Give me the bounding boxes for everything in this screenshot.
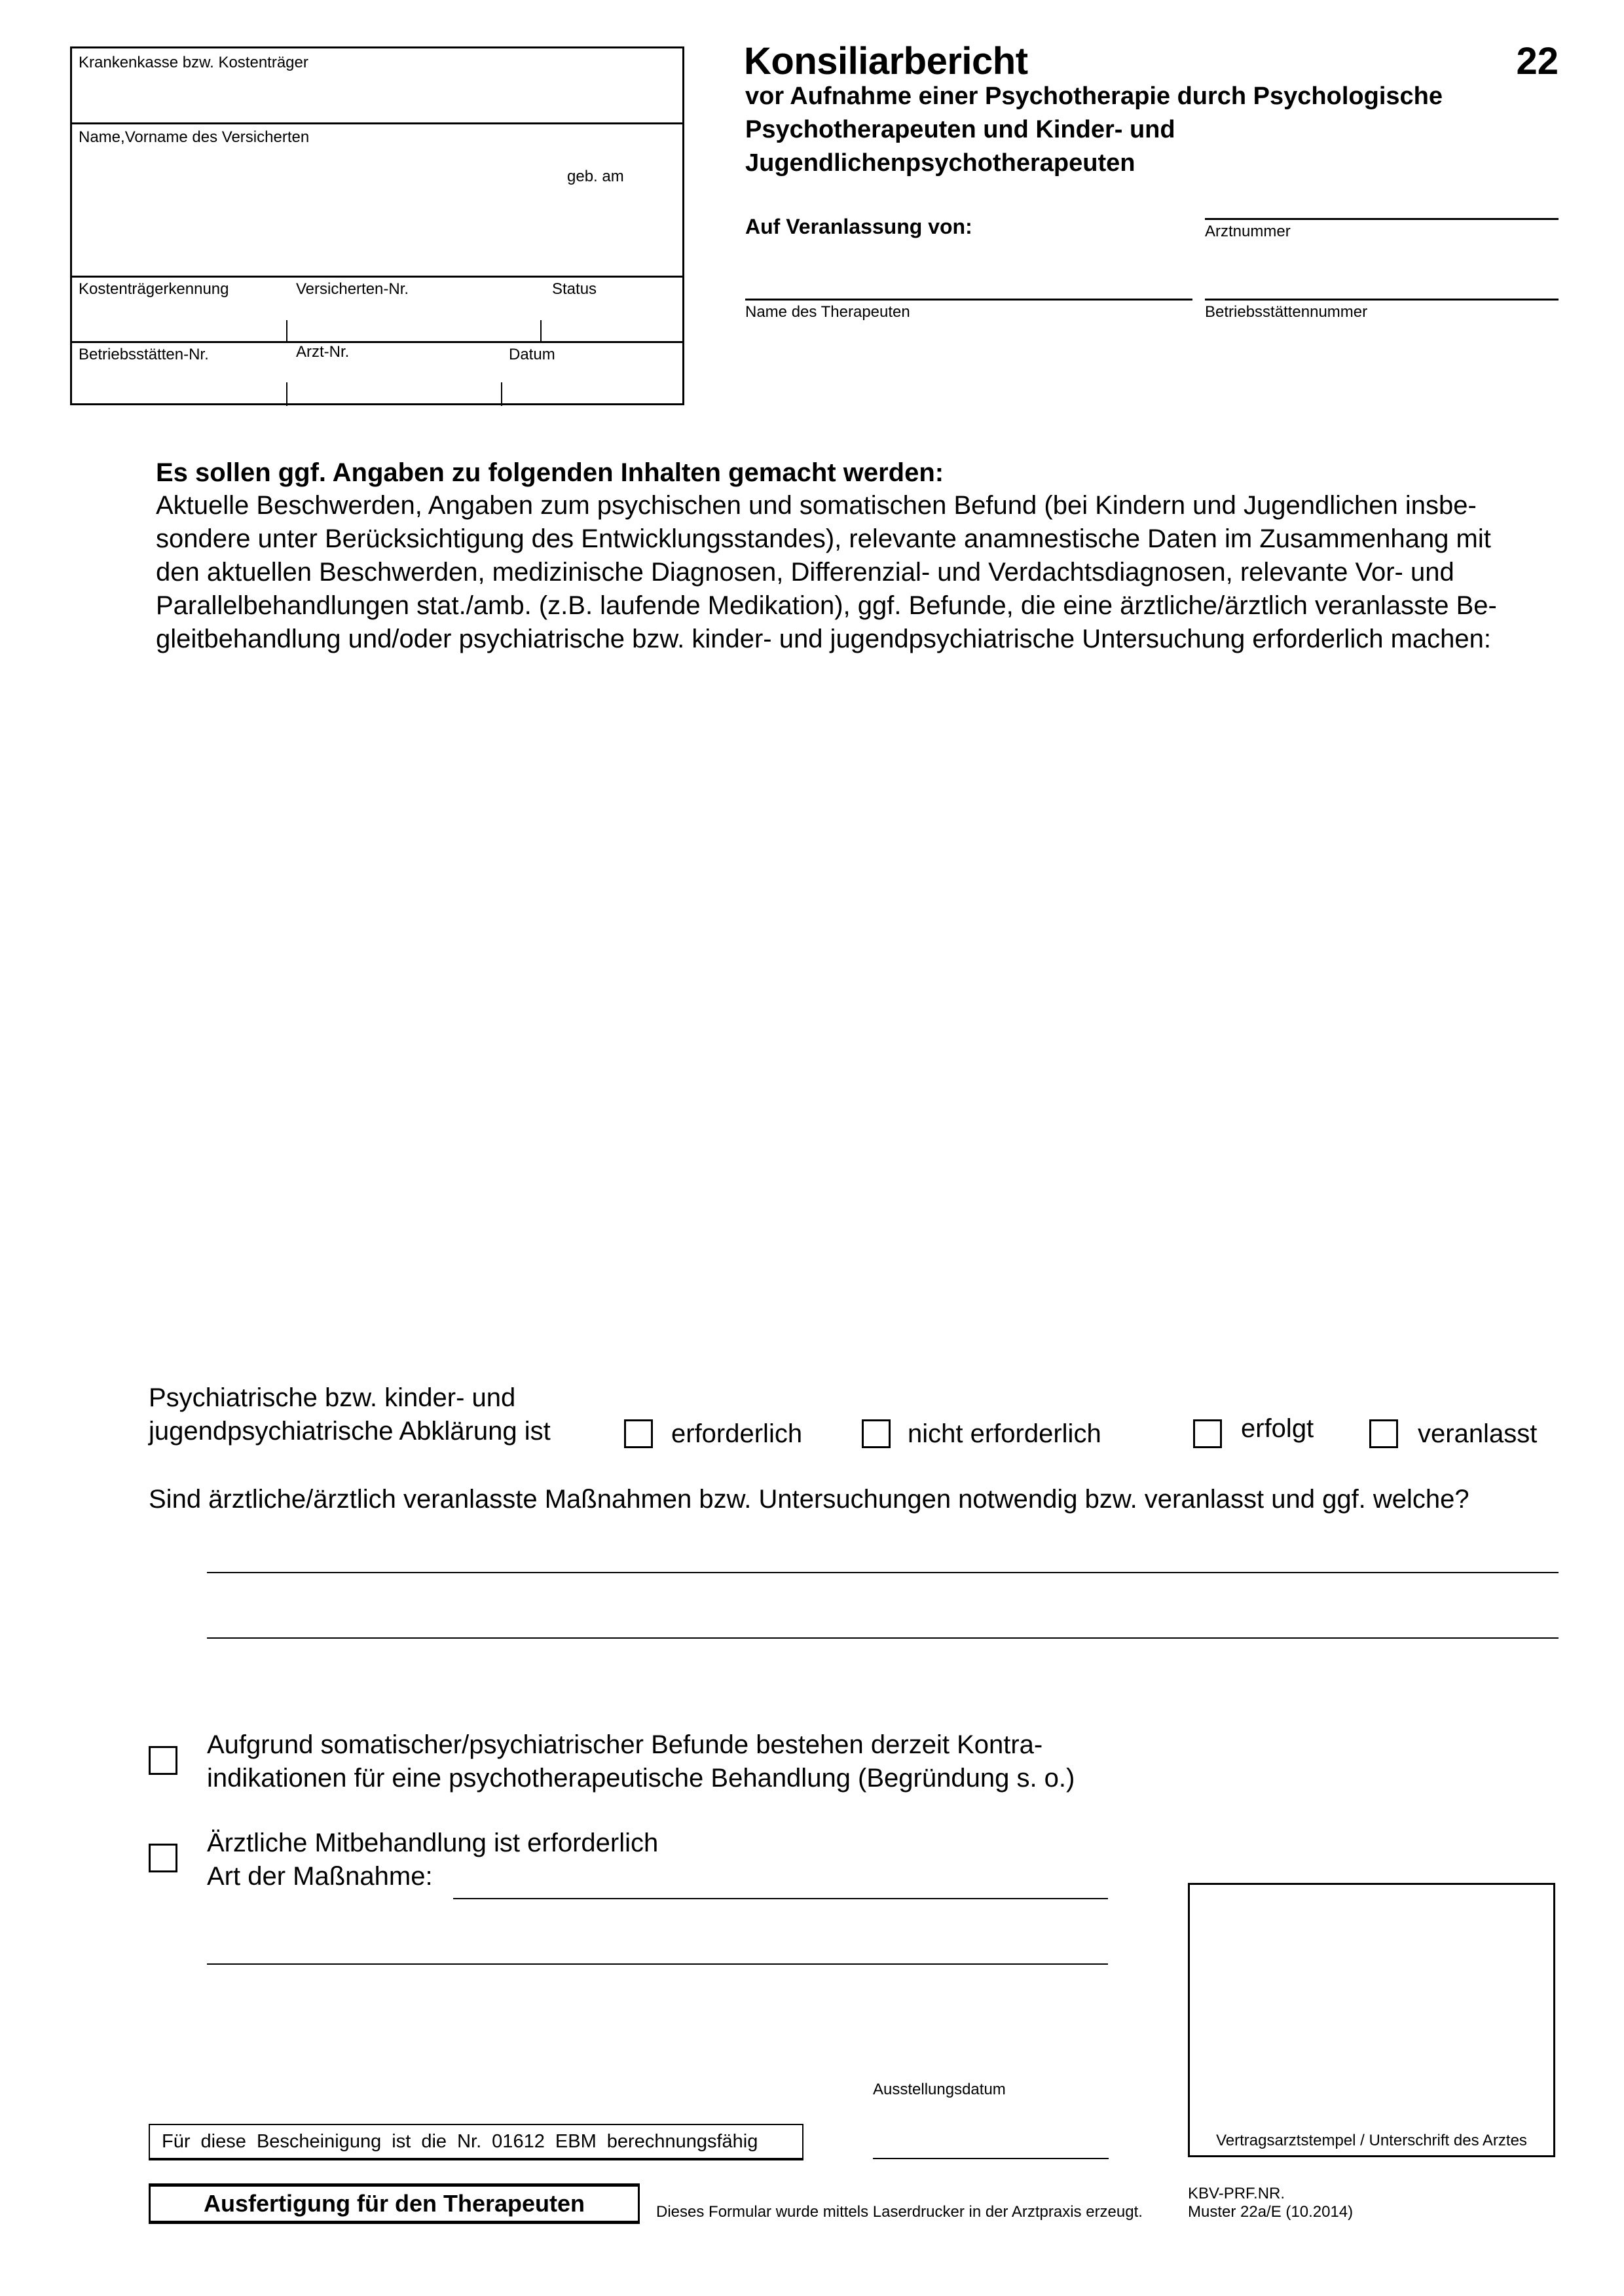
subtitle-line: vor Aufnahme einer Psychotherapie durch … — [745, 80, 1557, 113]
insured-name-label: Name,Vorname des Versicherten — [79, 130, 309, 145]
measure-type-field-2[interactable] — [207, 1931, 1108, 1963]
insurer-label: Krankenkasse bzw. Kostenträger — [79, 55, 308, 71]
issue-date-label: Ausstellungsdatum — [873, 2082, 1006, 2098]
instructions-heading: Es sollen ggf. Angaben zu folgenden Inha… — [156, 458, 944, 488]
option-label-nicht-erforderlich: nicht erforderlich — [908, 1419, 1101, 1449]
stamp-signature-box[interactable]: Vertragsarztstempel / Unterschrift des A… — [1188, 1883, 1555, 2157]
divider — [72, 276, 682, 278]
status-label: Status — [552, 282, 597, 297]
contraindication-line: Aufgrund somatischer/psychiatrischer Bef… — [207, 1728, 1075, 1762]
checkbox-erfolgt[interactable] — [1193, 1419, 1222, 1448]
checkbox-co-treatment[interactable] — [149, 1844, 177, 1872]
divider — [286, 320, 287, 341]
copy-designation-box: Ausfertigung für den Therapeuten — [149, 2183, 640, 2224]
therapist-name-field[interactable] — [745, 268, 1192, 297]
issue-date-field[interactable] — [873, 2128, 1109, 2157]
instructions-line: sondere unter Berücksichtigung des Entwi… — [156, 522, 1570, 556]
copy-label: Ausfertigung für den Therapeuten — [204, 2190, 585, 2217]
doctor-number-line — [1205, 218, 1559, 220]
option-label-veranlasst: veranlasst — [1418, 1419, 1537, 1449]
instructions-line: Aktuelle Beschwerden, Angaben zum psychi… — [156, 489, 1570, 522]
laser-printer-note: Dieses Formular wurde mittels Laserdruck… — [656, 2204, 1143, 2220]
patient-header-box: Krankenkasse bzw. Kostenträger Name,Vorn… — [70, 46, 684, 405]
psych-assessment-label-line1: Psychiatrische bzw. kinder- und — [149, 1383, 515, 1413]
measure-type-field-1[interactable] — [453, 1866, 1108, 1897]
divider — [286, 382, 287, 406]
insurer-field[interactable] — [76, 75, 678, 119]
divider — [501, 382, 502, 406]
measures-field-2[interactable] — [207, 1604, 1559, 1637]
date-label: Datum — [509, 347, 555, 363]
checkbox-contraindication[interactable] — [149, 1746, 177, 1775]
psych-assessment-label-line2: jugendpsychiatrische Abklärung ist — [149, 1417, 551, 1446]
doctor-no-label: Arzt-Nr. — [296, 344, 349, 360]
measures-field-1[interactable] — [207, 1539, 1559, 1571]
co-treatment-line: Ärztliche Mitbehandlung ist erforderlich — [207, 1827, 658, 1860]
subtitle-line: Jugendlichenpsychotherapeuten — [745, 147, 1557, 180]
instructions-line: Parallelbehandlungen stat./amb. (z.B. la… — [156, 589, 1570, 623]
therapist-name-label: Name des Therapeuten — [745, 304, 910, 320]
ebm-note: Für diese Bescheinigung ist die Nr. 0161… — [162, 2131, 758, 2153]
measure-type-line-1 — [453, 1898, 1108, 1899]
form-title: Konsiliarbericht — [744, 39, 1028, 83]
ebm-note-box: Für diese Bescheinigung ist die Nr. 0161… — [149, 2124, 803, 2160]
divider — [72, 341, 682, 343]
checkbox-veranlasst[interactable] — [1369, 1419, 1398, 1448]
kbv-label: KBV-PRF.NR. — [1188, 2186, 1285, 2202]
stamp-label: Vertragsarztstempel / Unterschrift des A… — [1190, 2133, 1553, 2149]
site-no-label: Betriebsstätten-Nr. — [79, 347, 209, 363]
site-number-field[interactable] — [1205, 268, 1559, 297]
site-number-line — [1205, 299, 1559, 301]
doctor-number-label: Arztnummer — [1205, 224, 1291, 240]
insured-no-label: Versicherten-Nr. — [296, 282, 409, 297]
instructions-line: den aktuellen Beschwerden, medizinische … — [156, 556, 1570, 589]
therapist-name-line — [745, 299, 1192, 301]
payer-id-label: Kostenträgerkennung — [79, 282, 229, 297]
form-version: Muster 22a/E (10.2014) — [1188, 2204, 1353, 2220]
contraindication-text: Aufgrund somatischer/psychiatrischer Bef… — [207, 1728, 1075, 1795]
subtitle-line: Psychotherapeuten und Kinder- und — [745, 113, 1557, 147]
divider — [72, 122, 682, 124]
doctor-number-field[interactable] — [1205, 190, 1559, 217]
measures-line-1 — [207, 1572, 1559, 1573]
referral-heading: Auf Veranlassung von: — [745, 215, 972, 239]
measure-type-line-2 — [207, 1963, 1108, 1965]
measures-line-2 — [207, 1637, 1559, 1639]
checkbox-nicht-erforderlich[interactable] — [862, 1419, 891, 1448]
divider — [540, 320, 542, 341]
site-number-label: Betriebsstättennummer — [1205, 304, 1367, 320]
instructions-line: gleitbehandlung und/oder psychiatrische … — [156, 623, 1570, 656]
contraindication-line: indikationen für eine psychotherapeutisc… — [207, 1762, 1075, 1795]
measures-question: Sind ärztliche/ärztlich veranlasste Maßn… — [149, 1485, 1469, 1514]
report-text-area[interactable] — [156, 661, 1557, 1355]
instructions-body: Aktuelle Beschwerden, Angaben zum psychi… — [156, 489, 1570, 656]
option-label-erforderlich: erforderlich — [671, 1419, 802, 1449]
form-subtitle: vor Aufnahme einer Psychotherapie durch … — [745, 80, 1557, 180]
issue-date-line — [873, 2158, 1109, 2159]
form-number: 22 — [1506, 39, 1559, 83]
option-label-erfolgt: erfolgt — [1241, 1414, 1314, 1444]
insured-name-field[interactable] — [76, 149, 678, 271]
checkbox-erforderlich[interactable] — [624, 1419, 653, 1448]
